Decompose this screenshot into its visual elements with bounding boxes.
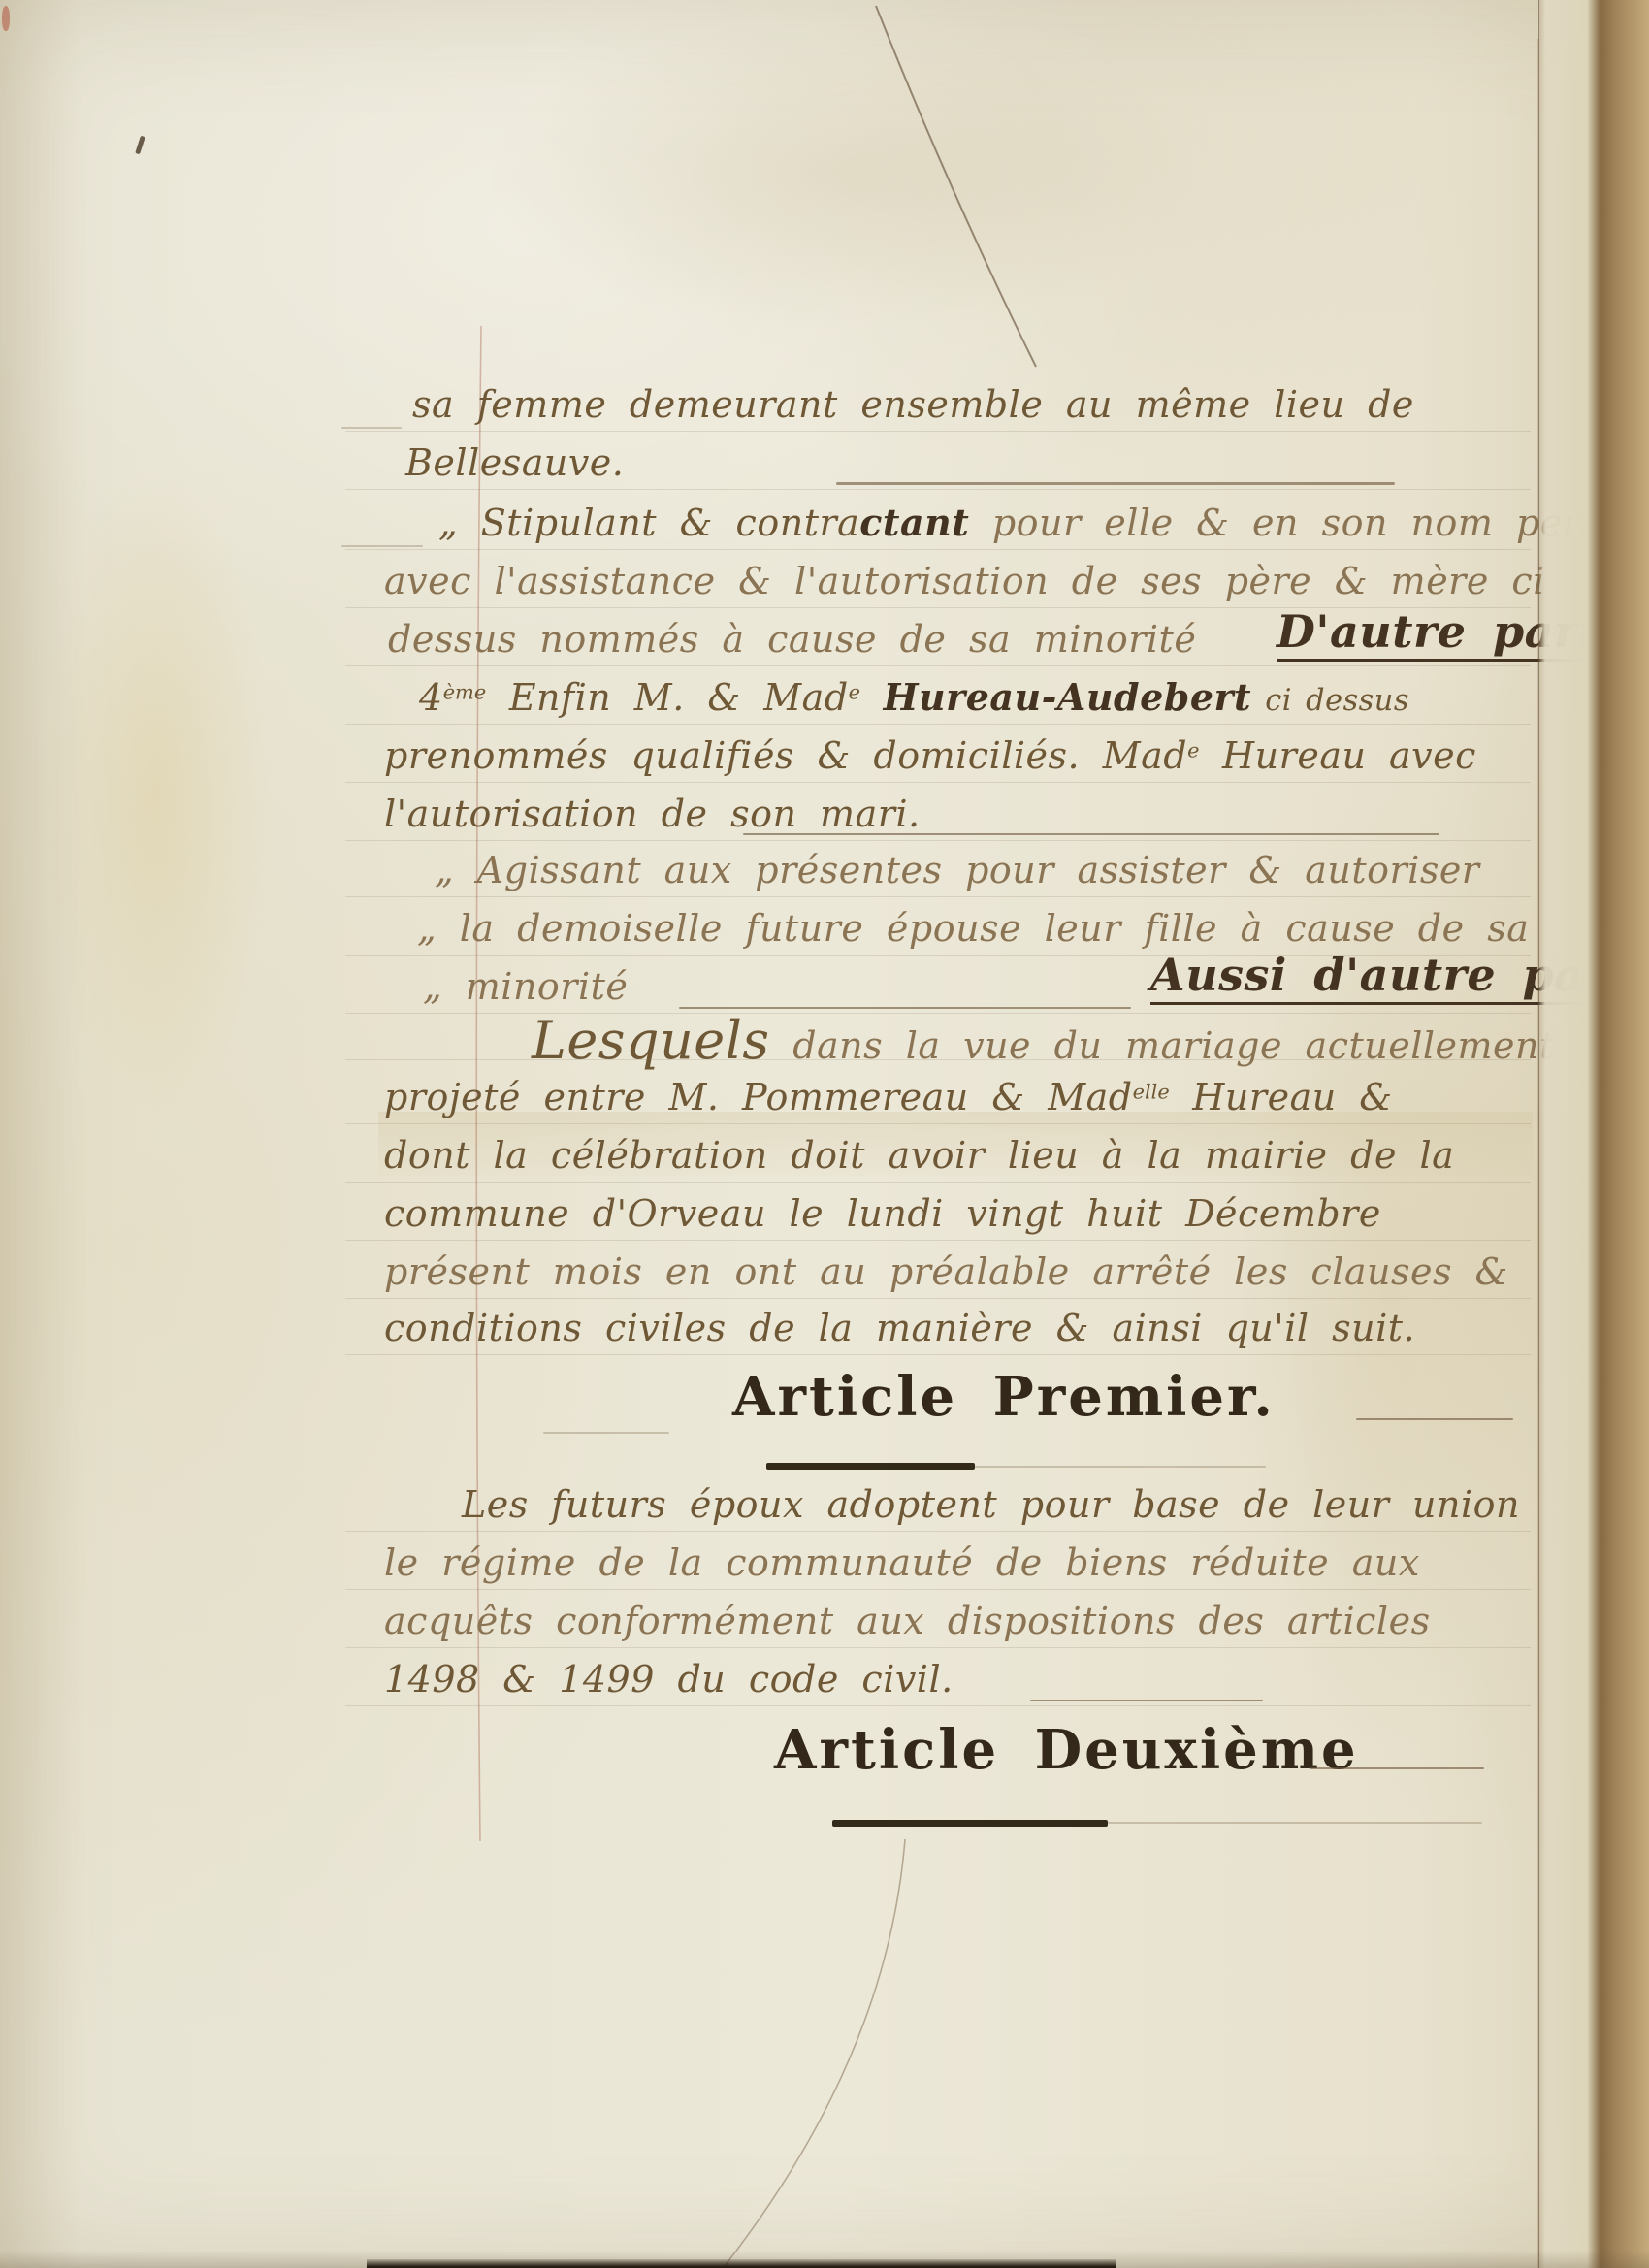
ruled-guide-line [345, 1705, 1531, 1706]
manuscript-line: avec l'assistance & l'autorisation de se… [384, 563, 1545, 599]
ink-stroke [1108, 1822, 1482, 1824]
manuscript-text-segment: l'autorisation de son mari. [384, 793, 921, 835]
manuscript-text-segment: 1498 & 1499 du code civil. [384, 1658, 954, 1701]
manuscript-text-segment: e [849, 681, 860, 704]
ruled-guide-line [345, 549, 1531, 550]
manuscript-line: Les futurs époux adoptent pour base de l… [462, 1486, 1520, 1523]
manuscript-text-segment: Lesquels [532, 1010, 770, 1071]
manuscript-text-segment: Enfin M. & Mad [486, 676, 848, 719]
manuscript-line: „ la demoiselle future épouse leur fille… [417, 910, 1529, 947]
manuscript-text-segment: acquêts conformément aux dispositions de… [384, 1600, 1431, 1642]
ruled-guide-line [345, 1059, 1531, 1060]
manuscript-text-segment: „ Agissant aux présentes pour assister &… [435, 849, 1479, 891]
ruled-guide-line [345, 1013, 1531, 1014]
manuscript-text-segment: avec l'assistance & l'autorisation de se… [384, 560, 1545, 602]
manuscript-line: dessus nommés à cause de sa minorité [388, 621, 1196, 658]
manuscript-text-segment: conditions civiles de la manière & ainsi… [384, 1307, 1415, 1349]
manuscript-text-segment: ctant [859, 501, 969, 544]
ink-stroke [766, 1463, 975, 1470]
manuscript-text-segment: „ minorité [423, 965, 628, 1008]
manuscript-text-segment: le régime de la communauté de biens rédu… [384, 1541, 1420, 1584]
manuscript-text-segment: présent mois en ont au préalable arrêté … [384, 1250, 1508, 1293]
manuscript-line: dont la célébration doit avoir lieu à la… [384, 1137, 1454, 1174]
manuscript-text-segment: prenommés qualifiés & domiciliés. Mad [384, 734, 1187, 777]
manuscript-line: 1498 & 1499 du code civil. [384, 1661, 954, 1698]
manuscript-line: Bellesauve. [405, 444, 624, 481]
ink-stroke [743, 833, 1439, 835]
ruled-guide-line [345, 782, 1531, 783]
ink-stroke [341, 545, 423, 547]
ruled-guide-line [345, 1298, 1531, 1299]
manuscript-line: commune d'Orveau le lundi vingt huit Déc… [384, 1195, 1381, 1232]
ruled-guide-line [345, 1240, 1531, 1241]
ink-stroke [832, 1820, 1108, 1827]
ruled-guide-line [345, 1123, 1531, 1124]
manuscript-text-segment: dans la vue du mariage actuellement [770, 1024, 1555, 1067]
ruled-guide-line [345, 1182, 1531, 1183]
manuscript-text-segment: e [1187, 739, 1199, 762]
manuscript-text-segment: ci dessus [1251, 684, 1409, 718]
next-page-edge-band [367, 2259, 1115, 2268]
ruled-guide-line [345, 896, 1531, 897]
manuscript-text-segment: „ la demoiselle future épouse leur fille… [417, 907, 1529, 950]
manuscript-text-segment: Hureau-Audebert [884, 675, 1251, 719]
manuscript-text-segment: Bellesauve. [405, 441, 624, 484]
manuscript-text-segment: Hureau avec [1199, 734, 1475, 777]
article-heading: Article Deuxième [774, 1723, 1359, 1777]
manuscript-text-segment [860, 676, 884, 719]
manuscript-text-segment: Article Premier. [732, 1365, 1276, 1429]
manuscript-line: le régime de la communauté de biens rédu… [384, 1544, 1420, 1581]
manuscript-line: 4ème Enfin M. & Made Hureau-Audebert ci … [419, 679, 1409, 716]
manuscript-text-segment: sa femme demeurant ensemble au même lieu… [412, 383, 1414, 426]
ink-stroke [679, 1007, 1131, 1009]
manuscript-line: „ Agissant aux présentes pour assister &… [435, 852, 1479, 889]
manuscript-line: „ Stipulant & contractant pour elle & en… [438, 504, 1649, 541]
manuscript-text-segment: commune d'Orveau le lundi vingt huit Déc… [384, 1192, 1381, 1235]
ink-stroke [975, 1466, 1266, 1468]
ruled-guide-line [345, 665, 1531, 666]
manuscript-text-segment: „ Stipulant & contra [438, 502, 859, 544]
manuscript-text-segment: Hureau & [1170, 1076, 1393, 1118]
ruled-guide-line [345, 431, 1531, 432]
ink-stroke [341, 427, 402, 429]
ruled-guide-line [345, 1354, 1531, 1355]
manuscript-line: présent mois en ont au préalable arrêté … [384, 1253, 1508, 1290]
ruled-guide-line [345, 1647, 1531, 1648]
ruled-guide-line [345, 1531, 1531, 1532]
manuscript-text-segment: elle [1133, 1081, 1170, 1104]
ruled-guide-line [345, 840, 1531, 841]
ruled-guide-line [345, 489, 1531, 490]
manuscript-line: acquêts conformément aux dispositions de… [384, 1603, 1431, 1639]
red-edge-spot [2, 6, 10, 31]
ink-stroke [836, 482, 1395, 485]
manuscript-text-segment: ème [443, 681, 487, 704]
manuscript-line: projeté entre M. Pommereau & Madelle Hur… [384, 1079, 1393, 1116]
ink-stroke [1030, 1700, 1263, 1701]
manuscript-line: l'autorisation de son mari. [384, 795, 921, 832]
ink-stroke [1309, 1767, 1484, 1769]
manuscript-line: prenommés qualifiés & domiciliés. Made H… [384, 737, 1476, 774]
ruled-guide-line [345, 1589, 1531, 1590]
manuscript-text-segment: 4 [419, 676, 443, 719]
ink-stroke [1356, 1418, 1513, 1420]
manuscript-line: „ minorité [423, 968, 628, 1005]
ink-stroke [543, 1432, 669, 1434]
manuscript-text-segment: projeté entre M. Pommereau & Mad [384, 1076, 1133, 1118]
manuscript-line: conditions civiles de la manière & ainsi… [384, 1310, 1415, 1346]
manuscript-text-layer: sa femme demeurant ensemble au même lieu… [0, 0, 1649, 2268]
page-binding-edge [1538, 0, 1649, 2268]
manuscript-page: sa femme demeurant ensemble au même lieu… [0, 0, 1649, 2268]
manuscript-text-segment: dessus nommés à cause de sa minorité [388, 618, 1196, 661]
ruled-guide-line [345, 724, 1531, 725]
article-heading: Article Premier. [732, 1370, 1276, 1424]
manuscript-line: sa femme demeurant ensemble au même lieu… [412, 386, 1414, 423]
manuscript-text-segment: dont la célébration doit avoir lieu à la… [384, 1134, 1454, 1177]
manuscript-text-segment: Les futurs époux adoptent pour base de l… [462, 1483, 1520, 1526]
manuscript-text-segment: Article Deuxième [774, 1718, 1359, 1782]
